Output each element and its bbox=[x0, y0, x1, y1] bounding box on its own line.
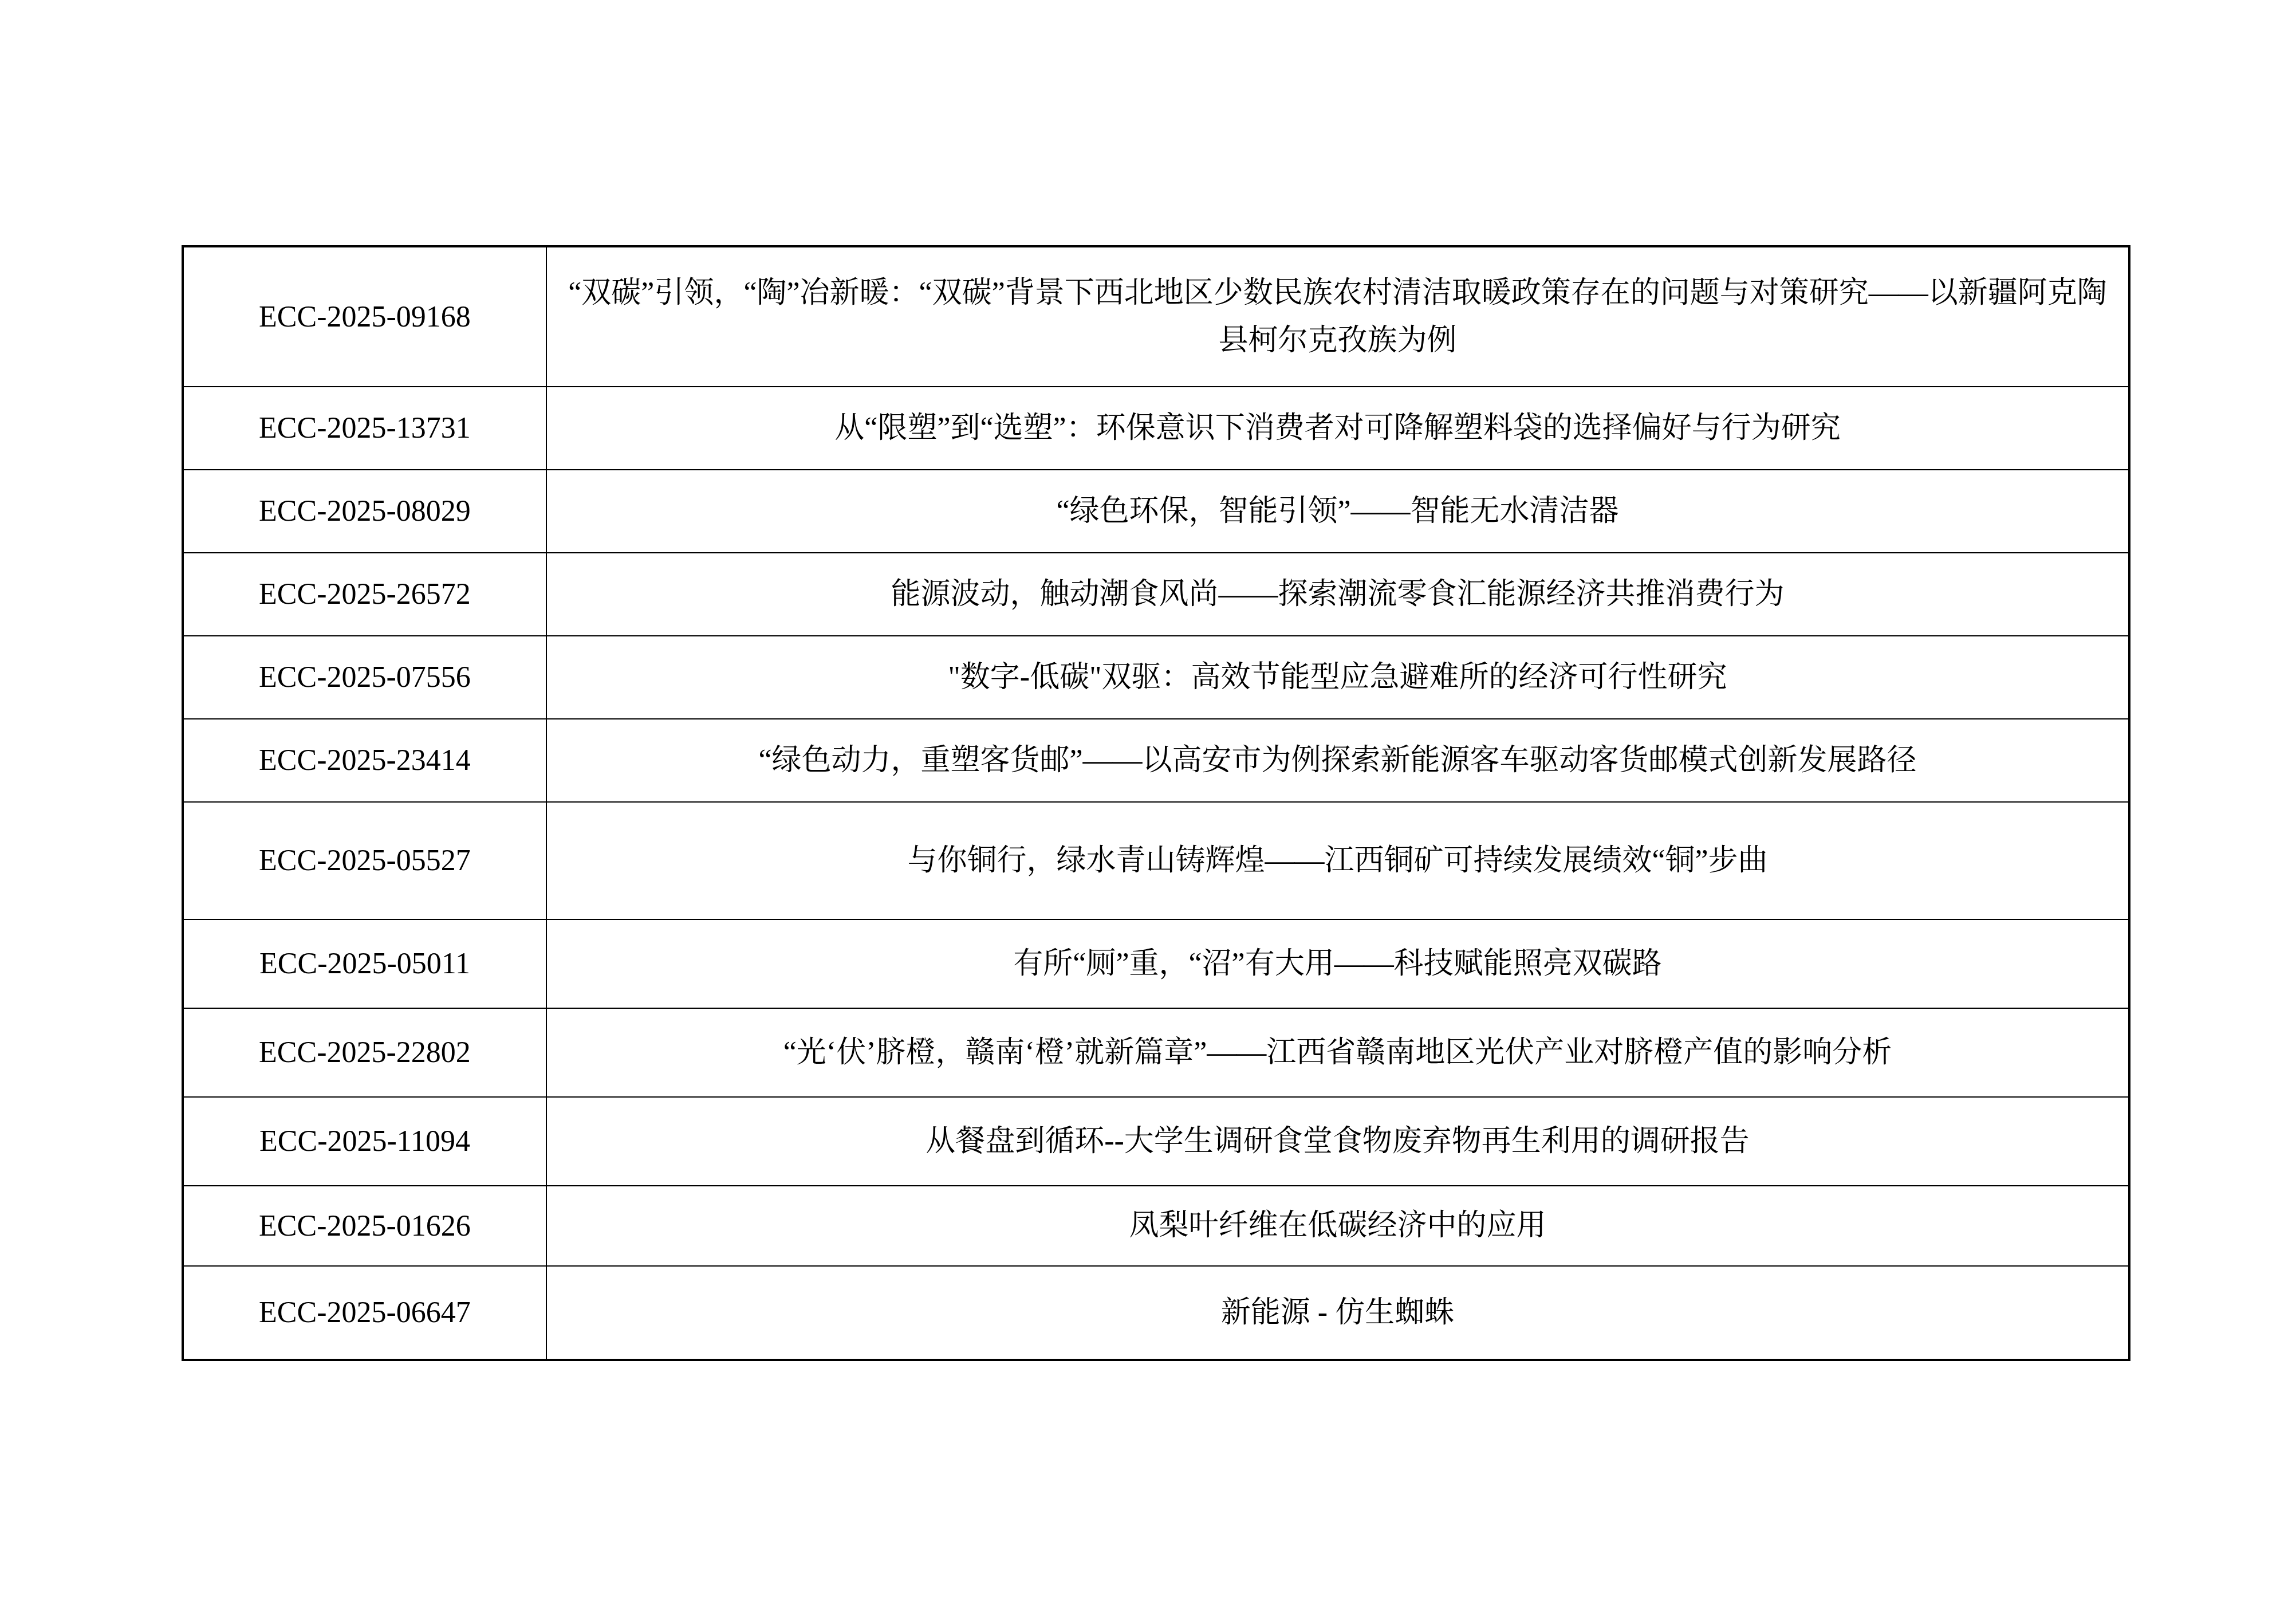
entry-title: 从“限塑”到“选塑”：环保意识下消费者对可降解塑料袋的选择偏好与行为研究 bbox=[546, 387, 2129, 470]
table-row: ECC-2025-08029 “绿色环保，智能引领”——智能无水清洁器 bbox=[183, 470, 2129, 553]
table-row: ECC-2025-05011 有所“厕”重，“沼”有大用——科技赋能照亮双碳路 bbox=[183, 919, 2129, 1008]
entry-id: ECC-2025-11094 bbox=[183, 1097, 546, 1186]
table-row: ECC-2025-05527 与你铜行，绿水青山铸辉煌——江西铜矿可持续发展绩效… bbox=[183, 802, 2129, 919]
entry-title: “绿色动力，重塑客货邮”——以高安市为例探索新能源客车驱动客货邮模式创新发展路径 bbox=[546, 719, 2129, 802]
table-row: ECC-2025-06647 新能源 - 仿生蜘蛛 bbox=[183, 1266, 2129, 1360]
entry-id: ECC-2025-05011 bbox=[183, 919, 546, 1008]
entry-title: 新能源 - 仿生蜘蛛 bbox=[546, 1266, 2129, 1360]
table-row: ECC-2025-11094 从餐盘到循环--大学生调研食堂食物废弃物再生利用的… bbox=[183, 1097, 2129, 1186]
entry-title: 与你铜行，绿水青山铸辉煌——江西铜矿可持续发展绩效“铜”步曲 bbox=[546, 802, 2129, 919]
entry-id: ECC-2025-01626 bbox=[183, 1186, 546, 1266]
table-row: ECC-2025-01626 凤梨叶纤维在低碳经济中的应用 bbox=[183, 1186, 2129, 1266]
entry-title: 从餐盘到循环--大学生调研食堂食物废弃物再生利用的调研报告 bbox=[546, 1097, 2129, 1186]
entry-title: 有所“厕”重，“沼”有大用——科技赋能照亮双碳路 bbox=[546, 919, 2129, 1008]
entry-title: "数字-低碳"双驱：高效节能型应急避难所的经济可行性研究 bbox=[546, 636, 2129, 719]
table-row: ECC-2025-22802 “光‘伏’脐橙，赣南‘橙’就新篇章”——江西省赣南… bbox=[183, 1008, 2129, 1097]
entry-id: ECC-2025-23414 bbox=[183, 719, 546, 802]
entry-id: ECC-2025-05527 bbox=[183, 802, 546, 919]
entry-title: 能源波动，触动潮食风尚——探索潮流零食汇能源经济共推消费行为 bbox=[546, 553, 2129, 636]
document-page: ECC-2025-09168 “双碳”引领，“陶”冶新暖：“双碳”背景下西北地区… bbox=[0, 0, 2296, 1624]
entry-id: ECC-2025-22802 bbox=[183, 1008, 546, 1097]
entry-id: ECC-2025-13731 bbox=[183, 387, 546, 470]
table-row: ECC-2025-09168 “双碳”引领，“陶”冶新暖：“双碳”背景下西北地区… bbox=[183, 246, 2129, 387]
table-row: ECC-2025-26572 能源波动，触动潮食风尚——探索潮流零食汇能源经济共… bbox=[183, 553, 2129, 636]
entry-id: ECC-2025-06647 bbox=[183, 1266, 546, 1360]
project-entries-table: ECC-2025-09168 “双碳”引领，“陶”冶新暖：“双碳”背景下西北地区… bbox=[182, 245, 2130, 1361]
table-row: ECC-2025-23414 “绿色动力，重塑客货邮”——以高安市为例探索新能源… bbox=[183, 719, 2129, 802]
entry-id: ECC-2025-07556 bbox=[183, 636, 546, 719]
entry-title: “光‘伏’脐橙，赣南‘橙’就新篇章”——江西省赣南地区光伏产业对脐橙产值的影响分… bbox=[546, 1008, 2129, 1097]
table-row: ECC-2025-13731 从“限塑”到“选塑”：环保意识下消费者对可降解塑料… bbox=[183, 387, 2129, 470]
entry-title: 凤梨叶纤维在低碳经济中的应用 bbox=[546, 1186, 2129, 1266]
table-row: ECC-2025-07556 "数字-低碳"双驱：高效节能型应急避难所的经济可行… bbox=[183, 636, 2129, 719]
entry-id: ECC-2025-08029 bbox=[183, 470, 546, 553]
entry-title: “双碳”引领，“陶”冶新暖：“双碳”背景下西北地区少数民族农村清洁取暖政策存在的… bbox=[546, 246, 2129, 387]
entry-id: ECC-2025-09168 bbox=[183, 246, 546, 387]
entry-title: “绿色环保，智能引领”——智能无水清洁器 bbox=[546, 470, 2129, 553]
entry-id: ECC-2025-26572 bbox=[183, 553, 546, 636]
